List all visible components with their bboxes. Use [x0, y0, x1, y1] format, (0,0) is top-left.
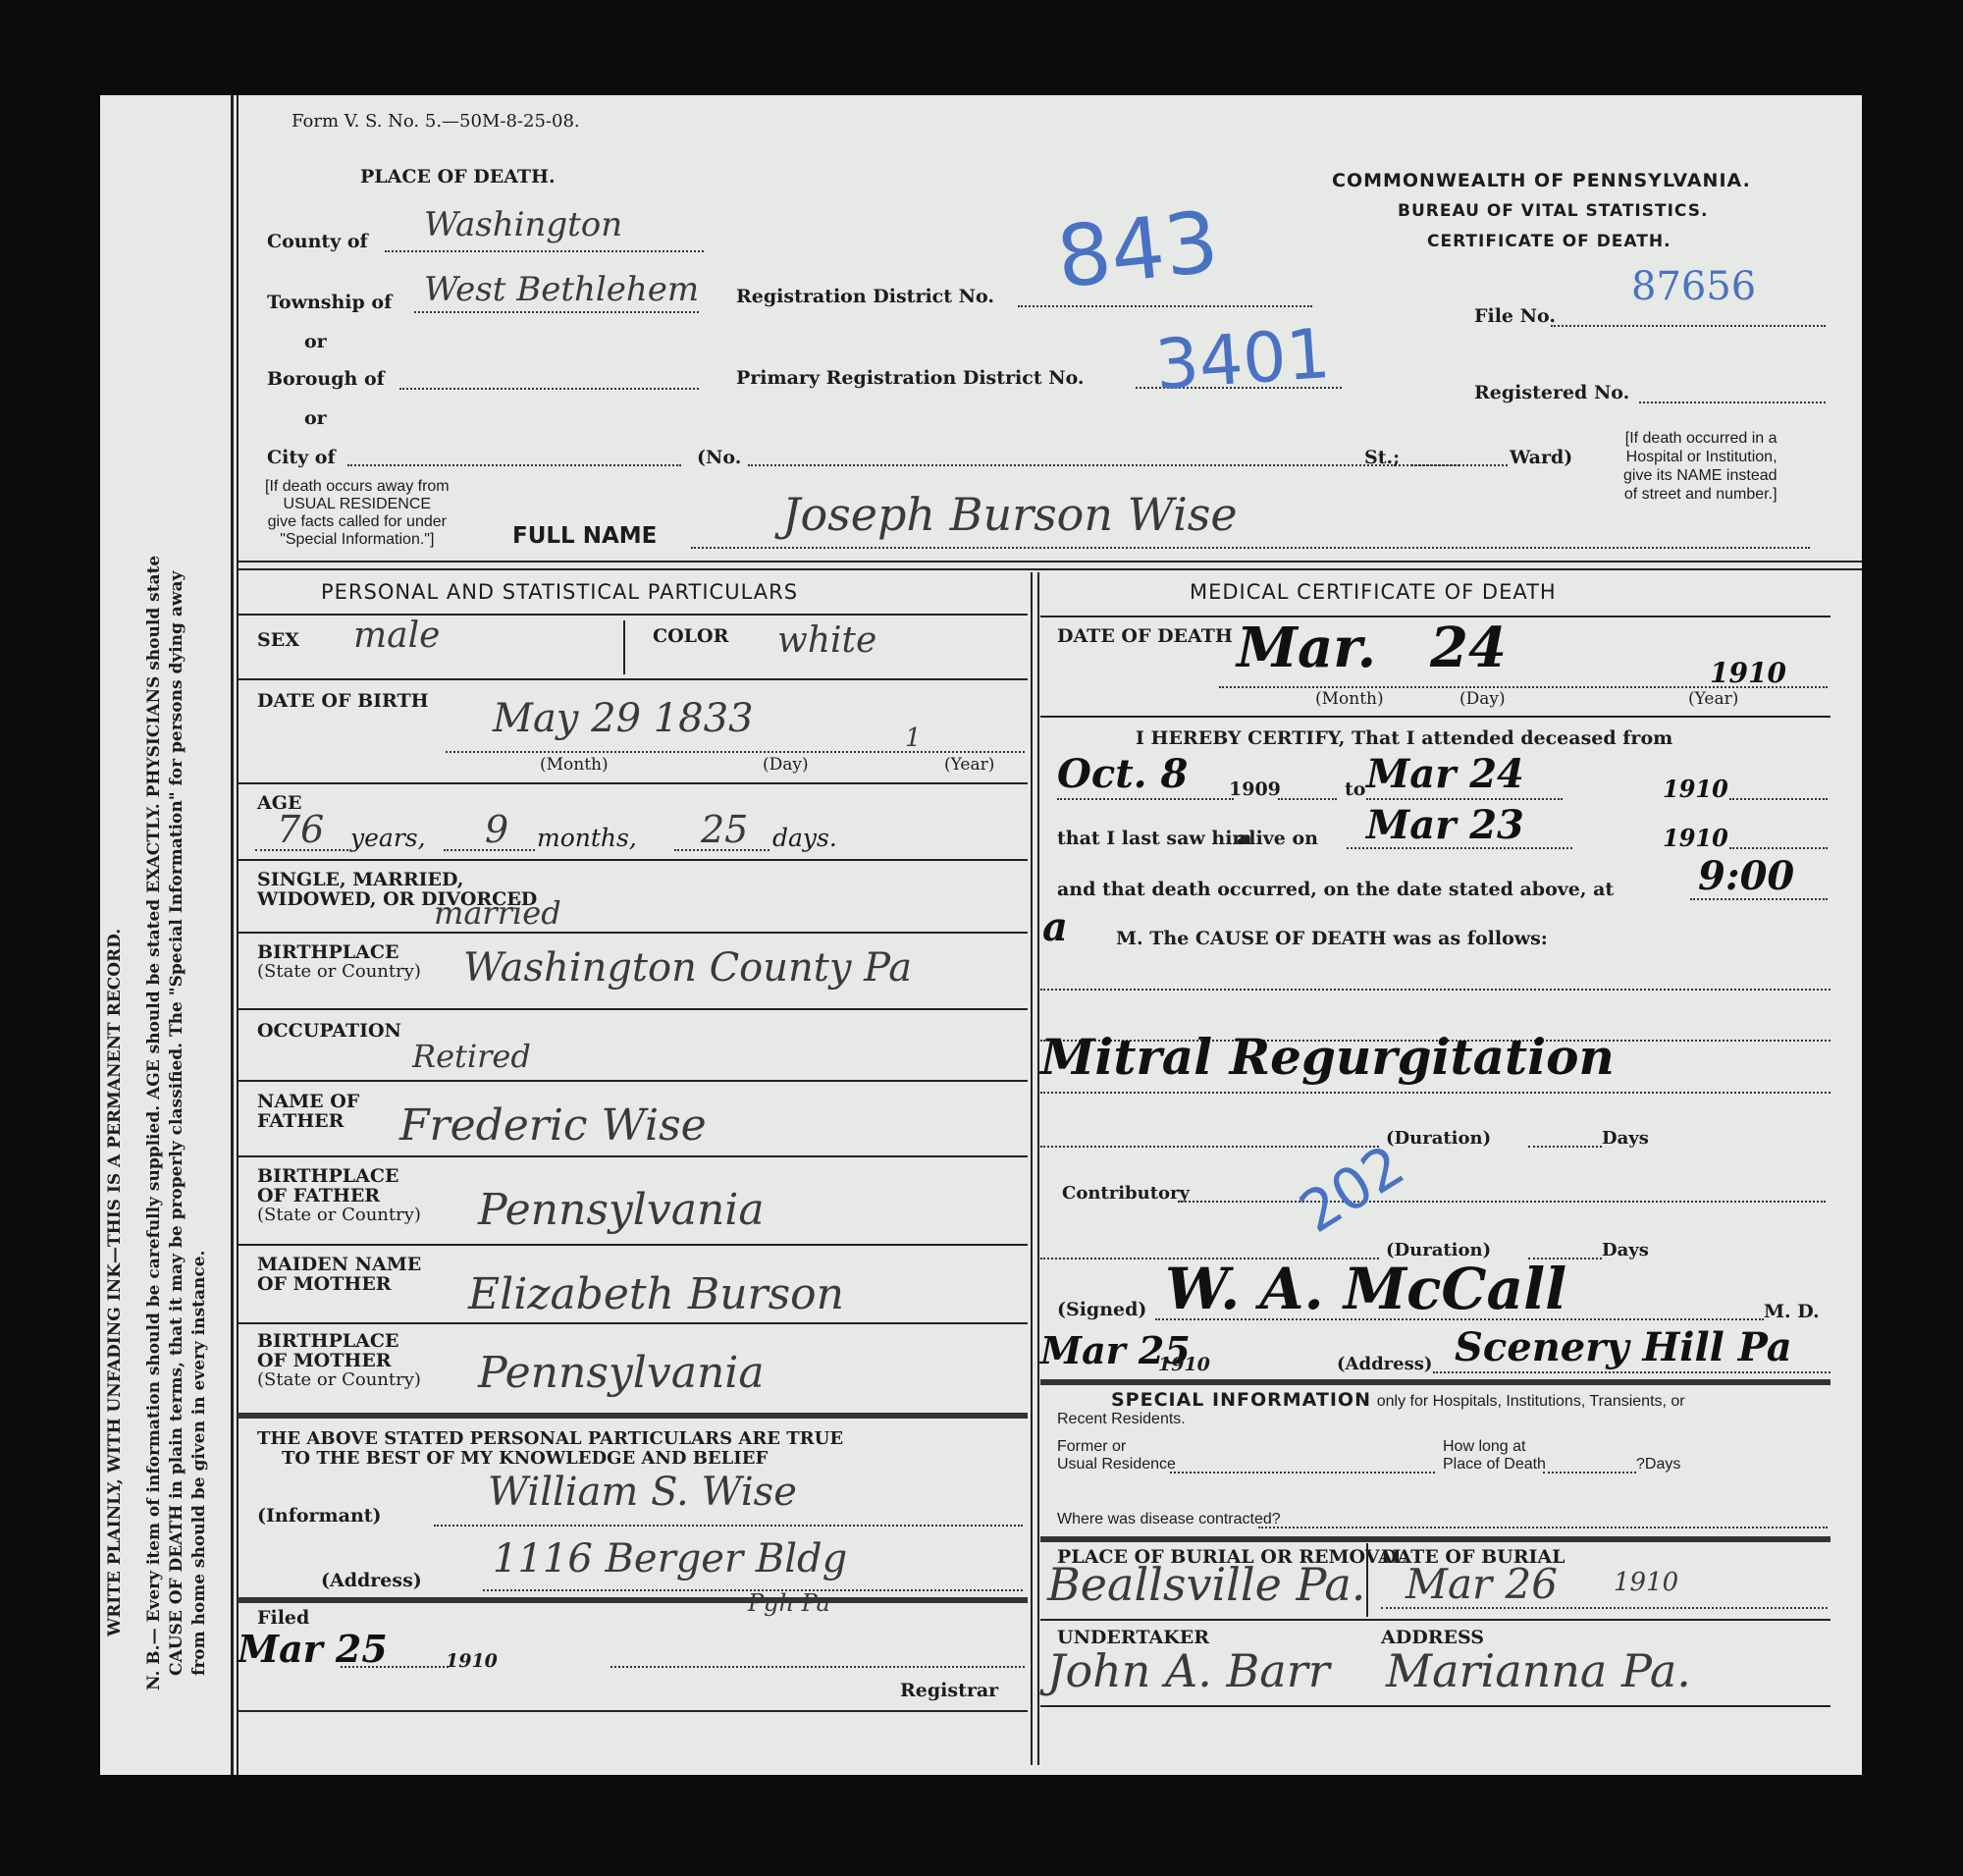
personal-title: PERSONAL AND STATISTICAL PARTICULARS: [321, 580, 798, 604]
duration-label-1: (Duration): [1386, 1128, 1491, 1149]
burial-date-value: Mar 26: [1406, 1560, 1558, 1608]
hospital-note-line: of street and number.]: [1623, 485, 1777, 504]
dob-line: [446, 751, 1025, 753]
mother-value: Elizabeth Burson: [468, 1269, 844, 1319]
informant-address-value-2: Pgh Pa: [748, 1589, 830, 1617]
special-info-suffix: only for Hospitals, Institutions, Transi…: [1377, 1393, 1685, 1410]
registrar-label: Registrar: [900, 1680, 998, 1701]
sex-color-divider: [623, 620, 625, 674]
residence-note-line: [If death occurs away from: [265, 478, 450, 496]
row-rule: [1040, 1705, 1830, 1707]
am-pm-value: a: [1042, 904, 1068, 950]
ward-label: Ward): [1510, 447, 1572, 468]
physician-address-label: (Address): [1337, 1354, 1432, 1374]
informant-address-label: (Address): [321, 1570, 422, 1591]
sex-label: SEX: [257, 629, 299, 651]
attest-line-1: THE ABOVE STATED PERSONAL PARTICULARS AR…: [257, 1428, 843, 1449]
mother-label-2: OF MOTHER: [257, 1273, 392, 1295]
dob-day-caption: (Day): [763, 755, 809, 775]
father-birthplace-label-1: BIRTHPLACE: [257, 1165, 399, 1187]
death-certificate: WRITE PLAINLY, WITH UNFADING INK—THIS IS…: [100, 95, 1862, 1775]
county-label: County of: [267, 231, 368, 252]
contracted-label: Where was disease contracted?: [1057, 1511, 1281, 1528]
section-rule-thick: [238, 1597, 1028, 1603]
cause-line-1: [1040, 989, 1830, 991]
informant-address-value: 1116 Berger Bldg: [493, 1536, 847, 1581]
commonwealth-title: COMMONWEALTH OF PENNSYLVANIA.: [1332, 170, 1751, 191]
mother-birthplace-label-2: OF MOTHER: [257, 1350, 392, 1371]
row-rule: [1040, 716, 1830, 718]
duration-line-1: [1528, 1146, 1602, 1148]
attended-from: Oct. 8: [1057, 751, 1188, 797]
informant-label: (Informant): [257, 1505, 382, 1527]
last-saw-year-line: [1729, 847, 1828, 849]
dod-year-caption: (Year): [1688, 689, 1738, 709]
dod-day-caption: (Day): [1459, 689, 1506, 709]
filed-year: 1910: [446, 1650, 498, 1672]
borough-label: Borough of: [267, 368, 385, 390]
age-years-caption: years,: [350, 824, 426, 852]
signed-year: 1910: [1158, 1354, 1210, 1375]
how-long-label-1: How long at: [1443, 1438, 1526, 1456]
row-rule: [238, 859, 1028, 861]
form-number: Form V. S. No. 5.—50M-8-25-08.: [292, 111, 580, 132]
father-value: Frederic Wise: [399, 1100, 707, 1151]
column-divider: [1037, 572, 1039, 1765]
full-name-label: FULL NAME: [512, 523, 657, 549]
borough-line: [399, 388, 699, 390]
former-residence-line: [1170, 1472, 1435, 1474]
hospital-note-line: give its NAME instead: [1623, 466, 1777, 485]
reg-district-value: 843: [1052, 193, 1223, 308]
cause-label: M. The CAUSE OF DEATH was as follows:: [1116, 928, 1548, 949]
last-saw-year: 1910: [1663, 824, 1728, 852]
margin-rule: [237, 95, 239, 1775]
row-rule: [238, 1008, 1028, 1010]
row-rule: [238, 932, 1028, 934]
father-label-2: FATHER: [257, 1110, 344, 1132]
undertaker-address-value: Marianna Pa.: [1386, 1644, 1691, 1697]
how-long-label-2: Place of Death: [1443, 1456, 1546, 1474]
last-saw-label: that I last saw him: [1057, 828, 1252, 849]
attended-to-year: 1910: [1663, 775, 1728, 803]
how-long-line: [1543, 1472, 1636, 1474]
occupation-value: Retired: [412, 1038, 531, 1075]
dob-year-caption: (Year): [944, 755, 994, 775]
signed-label: (Signed): [1057, 1299, 1146, 1320]
attended-year-line: [1278, 798, 1337, 800]
full-name-line: [691, 547, 1810, 549]
registered-no-line: [1639, 402, 1826, 403]
age-months-value: 9: [485, 808, 508, 851]
dod-day: 24: [1430, 616, 1507, 680]
former-residence-label-1: Former or: [1057, 1438, 1126, 1456]
former-residence-label-2: Usual Residence: [1057, 1456, 1176, 1474]
last-saw-line: [1347, 847, 1572, 849]
mother-birthplace-label-1: BIRTHPLACE: [257, 1330, 399, 1352]
filed-label: Filed: [257, 1607, 309, 1629]
row-rule: [238, 1155, 1028, 1157]
bureau-title: BUREAU OF VITAL STATISTICS.: [1398, 201, 1708, 221]
registered-no-label: Registered No.: [1474, 382, 1629, 403]
undertaker-value: John A. Barr: [1047, 1644, 1330, 1697]
medical-title: MEDICAL CERTIFICATE OF DEATH: [1190, 580, 1557, 604]
sex-value: male: [353, 616, 440, 656]
section-rule: [238, 568, 1862, 570]
recent-residents-label: Recent Residents.: [1057, 1411, 1186, 1428]
full-name-value: Joseph Burson Wise: [782, 488, 1238, 541]
city-line: [347, 464, 681, 466]
birthplace-caption: (State or Country): [257, 961, 421, 982]
physician-address-line: [1433, 1371, 1830, 1373]
file-no-line: [1551, 325, 1826, 327]
margin-note-line4: from home should be given in every insta…: [189, 1251, 209, 1676]
father-birthplace-value: Pennsylvania: [478, 1185, 765, 1235]
section-rule: [238, 561, 1862, 563]
city-label: City of: [267, 447, 336, 468]
attest-line-2: TO THE BEST OF MY KNOWLEDGE AND BELIEF: [282, 1448, 768, 1469]
burial-divider: [1366, 1543, 1368, 1617]
residence-note-line: "Special Information."]: [265, 531, 450, 549]
residence-note-line: give facts called for under: [265, 513, 450, 531]
column-divider: [1031, 572, 1033, 1765]
primary-reg-label: Primary Registration District No.: [736, 367, 1085, 389]
marital-value: married: [434, 894, 561, 932]
row-rule: [238, 1244, 1028, 1246]
age-months-caption: months,: [537, 824, 637, 852]
county-value: Washington: [424, 205, 622, 244]
attended-to: Mar 24: [1366, 751, 1524, 797]
dob-extra: 1: [905, 724, 922, 753]
age-days-caption: days.: [772, 824, 837, 852]
attended-from-year: 1909: [1229, 778, 1281, 800]
classification-code: 202: [1288, 1132, 1415, 1246]
file-no-value: 87656: [1631, 264, 1756, 309]
contributory-line: [1178, 1201, 1826, 1203]
cause-value: Mitral Regurgitation: [1040, 1028, 1615, 1086]
contracted-line: [1258, 1527, 1828, 1528]
dod-month-caption: (Month): [1315, 689, 1384, 709]
to-label: to: [1345, 778, 1365, 800]
mother-label-1: MAIDEN NAME: [257, 1254, 421, 1275]
mother-birthplace-value: Pennsylvania: [478, 1348, 765, 1398]
dod-label: DATE OF DEATH: [1057, 625, 1233, 647]
certify-text: I HEREBY CERTIFY, That I attended deceas…: [1136, 727, 1672, 749]
county-line: [385, 250, 704, 252]
residence-note-line: USUAL RESIDENCE: [265, 496, 450, 513]
primary-reg-value: 3401: [1152, 313, 1332, 405]
informant-line: [434, 1525, 1023, 1527]
row-rule: [238, 1710, 1028, 1712]
dob-label: DATE OF BIRTH: [257, 690, 429, 712]
section-rule-thick: [238, 1413, 1028, 1419]
file-no-label: File No.: [1474, 305, 1556, 327]
special-info-heading: SPECIAL INFORMATION: [1111, 1389, 1371, 1411]
color-label: COLOR: [653, 625, 728, 647]
dod-month: Mar.: [1237, 616, 1376, 680]
informant-value: William S. Wise: [488, 1470, 797, 1515]
how-long-days-label: ?Days: [1636, 1456, 1680, 1474]
place-of-death-title: PLACE OF DEATH.: [360, 166, 556, 188]
township-label: Township of: [267, 292, 392, 313]
row-rule: [238, 1080, 1028, 1082]
marital-label-1: SINGLE, MARRIED,: [257, 869, 463, 890]
last-saw-value: Mar 23: [1366, 802, 1524, 848]
dob-month-caption: (Month): [540, 755, 609, 775]
color-value: white: [777, 620, 876, 661]
father-birthplace-caption: (State or Country): [257, 1205, 421, 1225]
cause-duration-line: [1040, 1146, 1379, 1148]
margin-note-line2: N. B.— Every item of information should …: [144, 556, 164, 1690]
age-years-value: 76: [277, 808, 324, 851]
cause-line-3: [1040, 1092, 1830, 1094]
hospital-note-line: Hospital or Institution,: [1623, 448, 1777, 466]
row-rule: [238, 782, 1028, 784]
dob-value: May 29 1833: [493, 696, 754, 741]
st-label: St.;: [1364, 447, 1400, 468]
burial-place-value: Beallsville Pa.: [1047, 1558, 1365, 1611]
special-info-title: SPECIAL INFORMATION only for Hospitals, …: [1111, 1389, 1685, 1411]
age-days-value: 25: [701, 808, 748, 851]
days-label-2: Days: [1602, 1240, 1649, 1260]
filed-line: [341, 1666, 449, 1668]
row-rule: [238, 678, 1028, 680]
row-rule: [238, 1322, 1028, 1324]
township-line: [414, 311, 699, 313]
attended-to-line: [1366, 798, 1563, 800]
or-label-2: or: [304, 407, 327, 429]
residence-note: [If death occurs away from USUAL RESIDEN…: [265, 478, 450, 549]
occupation-label: OCCUPATION: [257, 1020, 401, 1042]
birthplace-value: Washington County Pa: [463, 945, 912, 991]
mother-birthplace-caption: (State or Country): [257, 1369, 421, 1390]
alive-on-label: alive on: [1237, 828, 1318, 849]
contributory-label: Contributory: [1062, 1183, 1190, 1204]
hospital-note: [If death occurred in a Hospital or Inst…: [1623, 429, 1777, 504]
township-value: West Bethlehem: [424, 270, 699, 309]
row-rule: [1040, 1619, 1830, 1621]
registrar-line: [610, 1666, 1025, 1668]
street-line: [748, 464, 1459, 466]
street-no-label: (No.: [697, 447, 741, 468]
md-label: M. D.: [1764, 1301, 1820, 1322]
hospital-note-line: [If death occurred in a: [1623, 429, 1777, 448]
signed-value: W. A. McCall: [1165, 1256, 1566, 1322]
margin-note-line1: WRITE PLAINLY, WITH UNFADING INK—THIS IS…: [105, 929, 125, 1636]
filed-value: Mar 25: [238, 1627, 388, 1671]
attended-from-line: [1057, 798, 1234, 800]
section-rule-thick: [1040, 1536, 1830, 1542]
section-rule-thick: [1040, 1379, 1830, 1385]
birthplace-label: BIRTHPLACE: [257, 941, 399, 963]
dod-year: 1910: [1710, 657, 1786, 689]
reg-district-label: Registration District No.: [736, 286, 994, 307]
certificate-title: CERTIFICATE OF DEATH.: [1427, 232, 1671, 251]
days-label-1: Days: [1602, 1128, 1649, 1149]
burial-date-year: 1910: [1614, 1568, 1678, 1597]
margin-note-line3: CAUSE OF DEATH in plain terms, that it m…: [167, 571, 186, 1676]
or-label-1: or: [304, 331, 327, 352]
father-birthplace-label-2: OF FATHER: [257, 1185, 380, 1206]
father-label-1: NAME OF: [257, 1091, 359, 1112]
physician-address-value: Scenery Hill Pa: [1455, 1324, 1792, 1370]
death-time-value: 9:00: [1698, 853, 1794, 899]
death-time-label: and that death occurred, on the date sta…: [1057, 879, 1614, 900]
margin-rule: [231, 95, 234, 1775]
attended-to-year-line: [1729, 798, 1828, 800]
ward-line: [1411, 464, 1508, 466]
